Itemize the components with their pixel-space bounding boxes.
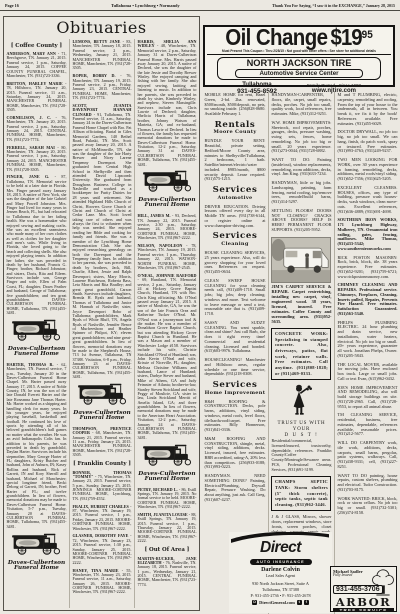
masthead-cities: Tullahoma • Lynchburg • Normandy [111,3,180,8]
classified-ad-text: SASSY AND SUDZY CLEANING. You want spark… [205,320,266,354]
dust-ad-text: Residential/commercial, licensed/insured… [271,438,331,471]
obituary-entry: PETRY, RICHARD L. - 86, Estill Springs, … [137,488,196,510]
section-subtitle: Automotive [205,195,266,201]
auto-insurance-bar: AUTO INSURANCE [250,559,312,565]
classified-ad: BUNDLE YOUR RENT: Beautiful, private set… [205,139,266,182]
classified-ad: H&H ROOFING & CONSTRUCTION. Decks, pole … [205,400,266,433]
tree-icon [371,568,395,598]
county-section-header: [ Franklin County ] [72,461,131,467]
classified-ad: WILL DO CARPENTRY work, tile work, addit… [337,441,397,470]
obituary-entry: BONNER, THOMAS "TOMMY" - 75, Winchester,… [72,471,131,502]
funeral-home-subname: Funeral Home [137,203,196,209]
north-jackson-tire-box: NORTH JACKSON TIRE Automotive Service Ce… [217,57,381,81]
classified-ad-text: HOUSE CLEANING SERVICES, 25 years experi… [205,250,266,274]
classified-ad: TWO MEN LOOKING FOR WORK, over 30 years … [337,158,397,182]
classified-ad: WANT TO DO painting, house repairs, cust… [337,474,397,493]
hearse-icon [11,319,61,341]
section-subtitle: Home Improvement [205,390,266,396]
classified-ad: M and T PLUMBING, electric, carpentry, r… [337,93,397,126]
boxed-ad-text: CHAMPS SEPTIC TANK: Storm shelters (5" t… [275,479,328,507]
obituary-entry: ROPER, BOBBY D. - 76, Manchester, TN. Ja… [72,74,131,100]
obituary-entry: BRITTON, HARLEY MARIE - 78, Hillsboro, T… [7,82,67,113]
boxed-ad-text: CONCRETE WORK: Specializing in stamped c… [275,331,328,376]
classified-ad-text: H&H ROOFING & CONSTRUCTION. Decks, pole … [205,399,266,433]
classified-section-header: Rentals Moore County [205,121,266,136]
obituary-entry: FERRELL, SARAH MAI - 80, Manchester, TN.… [7,146,67,172]
obituary-text: - 88, Estill Springs, TN. January 19, 20… [137,512,196,543]
direct-auto-insurance-ad: Direct AUTO INSURANCE Darlene Colvin Lea… [229,532,332,613]
classified-ad: WORK WANTED: BRICK, block, rock or storm… [337,497,397,516]
obituary-text: - 78, Winchester, TN. January 19, 2015. … [137,243,196,270]
daves-culbertson-funeral-home-ad: Daves-Culbertson Funeral Home [137,170,196,209]
classified-ad: W.W. HOME IMPROVEMENTS: Sheetrock, roof … [271,121,331,154]
obituary-text: - 91, Tullahoma, TN. Funeral service, 11… [72,112,131,380]
obituary-text: - 80, Manchester, TN. January 20, 2015. … [7,145,67,172]
obituaries-column-2: LEMONS, BETTY JANE - 83, Manchester, TN.… [69,39,134,608]
boxed-classified-ad: CHAMPS SEPTIC TANK: Storm shelters (5" t… [271,476,331,511]
page-content: Obituaries [ Coffee County ]ANDERSON, MA… [0,13,400,614]
obituary-text: - 55, Winchester, TN. January 23, 2015. … [72,568,131,595]
obituaries-title: Obituaries [4,18,199,37]
funeral-home-subname: Funeral Home [72,416,131,422]
obituary-entry: NELSON, NAPOLEON - 78, Winchester, TN. J… [137,244,196,270]
obituary-text: - 76, Manchester, TN. January 19, 2015. … [72,73,131,100]
hearse-icon [142,444,192,466]
classified-section-header: Services Cleaning [205,232,266,247]
county-section-header: [ Coffee County ] [7,43,67,49]
classified-ad-bold: SOUTHERN IRON WORKS, 171 Lynchburg Highw… [337,218,397,251]
obituary-text: - 93, Decherd, TN. January 22, 2015. Fun… [137,213,196,240]
section-title: Services [205,381,266,390]
county-section-header: [ Out Of Area ] [137,547,196,553]
boxed-classified-ad: CONCRETE WORK: Specializing in stamped c… [271,328,331,380]
classified-ad: TM CLEANING SERVICE, residential, busine… [337,413,397,437]
obituary-entry: LEMONS, BETTY JANE - 83, Manchester, TN.… [72,40,131,71]
funeral-home-subname: Funeral Home [7,566,67,572]
hearse-icon [77,383,127,405]
obituary-entry: SMITH, JUANITA LOUISE - 88, Estill Sprin… [137,513,196,544]
obituary-entry: SCOTT, JUANITA DAVENPORT HANNAH CLINARD … [72,104,131,380]
classified-ad: HOUSECLEANING! Manchester and Hillsboro … [205,358,266,377]
classified-ad-text: CLEAN SWEEP HOUSE CLEANING for your clea… [205,278,266,316]
agent-phones: P: 931-455-2736 • F: 931-455-2678 [229,593,332,598]
agent-title: Lead Sales Agent [229,573,332,578]
classified-ad: SETTLING FLOORS! DOORS NOT CLOSING? CRAC… [271,209,331,233]
classified-ad: HOUSE CLEANING SERVICES, 25 years experi… [205,251,266,275]
classified-section-header: Services Home Improvement [205,381,266,396]
classified-ad-text: M and T PLUMBING, electric, carpentry, r… [337,92,397,126]
classified-ad-text: CHIMNEY CLEANING AND REPAIRS. Profession… [337,282,397,316]
agent-address-line2: Tullahoma, TN 37388 [229,587,332,592]
oil-ad-price: $1995 [330,27,372,50]
classifieds-area: Oil Change $1995 Must Present This Coupo… [202,13,400,614]
classified-ad-text: W.W. HOME IMPROVEMENTS: Sheetrock, roof … [271,120,331,154]
obituary-text: - 87, Tullahoma, TN. Memorial service to… [7,174,67,315]
obituary-text: - 71, Beechgrove, TN. January 21, 2015. … [7,51,67,78]
obituary-entry: HARTER, THOMAS R. - 62, Manchester, TN. … [7,363,67,529]
classified-ad-text: DOCTOR DRYWALL, no job too big, no job t… [337,129,397,153]
newspaper-page: Page 16 Tullahoma • Lynchburg • Normandy… [0,0,400,614]
obituaries-columns: [ Coffee County ]ANDERSON, MARY ANN - 71… [4,39,199,608]
county-label: [ Coffee County ] [11,43,62,49]
page-number: Page 16 [5,3,19,8]
direct-brand: Direct [229,539,332,557]
classified-ad: EXCELLENT CLEANERS. HOUSES, offices, any… [337,186,397,215]
obituary-entry: FRALIX, HUBERT CHARLES - 87, Winchester,… [72,505,131,531]
facebook-icon: f [304,600,309,605]
county-label: [ Franklin County ] [73,461,131,467]
section-title: Services [205,232,266,241]
direct-logo: Direct [229,532,332,558]
arbor-brand: ARBOR [333,596,394,608]
classified-ad-text: HANDYMAN-CARPENTER, floors, tile, carpet… [271,92,331,116]
classified-ad-text: THE LOCAL MOVER, available for moving jo… [337,362,397,381]
classified-ad: THE LOCAL MOVER, available for moving jo… [337,363,397,382]
classified-ad: HANDYMAN-CARPENTER, floors, tile, carpet… [271,93,331,117]
obituary-entry: ANDERSON, MARY ANN - 71, Beechgrove, TN.… [7,52,67,78]
section-subtitle: Moore County [205,129,266,135]
classified-ad: M&M ROOFING AND CONSTRUCTION, shingle, m… [205,437,266,470]
section-subtitle: Cleaning [205,241,266,247]
classified-ad-text: SETTLING FLOORS! DOORS NOT CLOSING? CRAC… [271,208,331,232]
classified-ad-text: WANT TO DO. Painting (inside/out), windo… [271,157,331,176]
oil-change-coupon-ad: Oil Change $1995 Must Present This Coupo… [203,25,395,87]
classified-ad: DRIVER EDUCATION. Driving lessons offere… [205,205,266,229]
daves-culbertson-funeral-home-ad: Daves-Culbertson Funeral Home [137,444,196,483]
obituary-text: - 76, Manchester, TN. January 20, 2015. … [7,115,67,142]
classified-ad: PHELPS PLUMBING ELECTRIC. 24 hour plumbi… [337,321,397,359]
section-title: Services [205,186,266,195]
obituary-entry: THOMPSON, PRENTICE COOPER - 68, Manchest… [72,427,131,458]
obituary-entry: O'NEAL, JOHNNIE RAEFORD - 69, Huntland, … [137,274,196,440]
classified-ad-text: TWO MEN LOOKING FOR WORK, over 30 years … [337,157,397,181]
county-label: [ Out Of Area ] [145,547,190,553]
classified-ad-text: PHELPS PLUMBING ELECTRIC. 24 hour plumbi… [337,320,397,358]
jims-carpet-service-ad: JIM'S CARPET SERVICE & REPAIR. Carpet re… [271,237,331,324]
oil-ad-title: Oil Change [225,27,327,50]
obituary-text: - 87, Winchester, TN. January 19, 2015. … [72,504,131,531]
funeral-home-subname: Funeral Home [137,477,196,483]
classified-ad-text: DRIVER EDUCATION. Driving lessons offere… [205,204,266,228]
van-photo [271,237,331,283]
van-icon [272,238,330,282]
classified-ad-text: JOE'S HOME IMPROVEMENT AND REMODELING, a… [337,385,397,409]
classified-ad: WANT TO DO. Painting (inside/out), windo… [271,158,331,177]
classified-ad: RICK POSTON MASONRY: Rock, brick, block,… [337,256,397,280]
obituaries-section: Obituaries [ Coffee County ]ANDERSON, MA… [3,16,200,611]
obituary-entry: MARTIN-RUCKER, JANE ELIZABETH - 76, Nash… [137,557,196,588]
obituary-entry: HILL, JAMES M. - 93, Decherd, TN. Januar… [137,214,196,240]
obituary-entry: HARRIS, SHELIA ANN WIDLEY - 48, Winchest… [137,40,196,167]
classified-ad-text: HOUSECLEANING! Manchester and Hillsboro … [205,357,266,376]
direct-website: DirectGeneral.com [259,600,295,605]
classified-ad-text: MOBILE HOME for rent, Hazel Green, 2-bd.… [205,92,266,116]
classified-ad: SASSY AND SUDZY CLEANING. You want spark… [205,321,266,354]
classified-ad-text: RICK POSTON MASONRY: Rock, brick, block,… [337,255,397,279]
obituary-text: - 76, Nashville, TN. January 18, 2015. F… [137,560,196,587]
hearse-icon [11,533,61,555]
store-name: NORTH JACKSON TIRE [218,59,380,68]
classified-ad-text: HANDYMAN, little or big jobs. Landscapin… [271,180,331,204]
masthead: Page 16 Tullahoma • Lynchburg • Normandy… [0,0,400,11]
obituary-text: - 83, Manchester, TN. January 18, 2015. … [72,39,131,70]
obituary-text: - 48, Winchester, TN. Memorial service, … [137,43,196,166]
direct-general-icon: D [252,600,257,605]
obituaries-column-3: HARRIS, SHELIA ANN WIDLEY - 48, Winchest… [134,39,199,608]
obituary-text: - 68, Manchester, TN. January 21, 2015. … [72,430,131,457]
price-dollars: $19 [330,25,361,51]
dust-ad-title: TRUST US WITH YOUR [271,421,331,433]
carpet-ad-text: Carpet restretching, installing new carp… [271,289,331,324]
classified-ad-text: WILL DO CARPENTRY work, tile work, addit… [337,440,397,469]
price-cents: 95 [362,29,373,41]
obituary-text: - 69, Huntland, TN. Memorial service, 2 … [137,277,196,440]
arbor-service-bar: TREE SERVICE [333,608,394,612]
classified-ad-text: BUNDLE YOUR RENT: Beautiful, private set… [205,138,266,181]
arbor-phone: 931-455-3706 [333,585,383,594]
classified-ad-text: WANT TO DO painting, house repairs, cust… [337,473,397,492]
section-title: Rentals [205,121,266,130]
masthead-slogan: Thank You For Saying, “I saw it in the E… [272,3,395,8]
obituaries-column-1: [ Coffee County ]ANDERSON, MARY ANN - 71… [4,39,69,608]
classified-ad-text: HANDYMAN. NEED SOMETHING DONE? Painting,… [205,473,266,502]
oil-ad-headline: Oil Change $1995 [207,27,391,48]
classified-ad: DOCTOR DRYWALL, no job too big, no job t… [337,130,397,154]
classified-ad: HANDYMAN, little or big jobs. Landscapin… [271,181,331,205]
arbor-tree-service-ad: Michael Sadler Fully Insured 931-455-370… [330,566,397,612]
classified-ad: MOBILE HOME for rent, Hazel Green, 2-bd.… [205,93,266,117]
obituary-entry: FINGER, JANE G. - 87, Tullahoma, TN. Mem… [7,175,67,315]
funeral-home-subname: Funeral Home [7,352,67,358]
classified-ad: JOE'S HOME IMPROVEMENT AND REMODELING, a… [337,386,397,410]
classified-ad-bold: CHIMNEY CLEANING AND REPAIRS. Profession… [337,283,397,316]
obituary-entry: HANEY, TINA MARIE - 55, Winchester, TN. … [72,569,131,595]
classified-ad: CLEAN SWEEP HOUSE CLEANING for your clea… [205,279,266,317]
classified-ad-text: TM CLEANING SERVICE, residential, busine… [337,412,397,436]
obituary-entry: CORNELISON, J. C. - 76, Manchester, TN. … [7,116,67,142]
pcs-cleaning-services-ad: TRUST US WITH YOUR D U S T ! Residential… [271,384,331,472]
obituary-entry: GLASNER, DOROTHY FAYE - 72, Winchester, … [72,534,131,565]
classified-ad: HANDYMAN. NEED SOMETHING DONE? Painting,… [205,474,266,503]
classifieds-column-3: M and T PLUMBING, electric, carpentry, r… [334,92,400,614]
classified-section-header: Services Automotive [205,186,266,201]
twitter-icon: t [297,600,302,605]
maid-silhouette-icon [288,384,314,416]
daves-culbertson-funeral-home-ad: Daves-Culbertson Funeral Home [7,319,67,358]
hearse-icon [142,170,192,192]
classified-ad-text: WORK WANTED: BRICK, block, rock or storm… [337,496,397,515]
classified-ad-text: M&M ROOFING AND CONSTRUCTION, shingle, m… [205,436,266,470]
store-subtitle: Automotive Service Center [235,69,363,78]
obituary-text: - 72, Winchester, TN. January 23, 2015. … [72,533,131,564]
obituary-text: - 78, Hillsboro, TN. January 20, 2015. F… [7,81,67,112]
daves-culbertson-funeral-home-ad: Daves-Culbertson Funeral Home [72,383,131,422]
classified-ad-text: SOUTHERN IRON WORKS, 171 Lynchburg Highw… [337,217,397,251]
obituary-text: - 75, Winchester, TN. January 23, 2015. … [72,474,131,501]
direct-web-row: D DirectGeneral.com t f [229,600,332,605]
daves-culbertson-funeral-home-ad: Daves-Culbertson Funeral Home [7,533,67,572]
classified-ad-text: EXCELLENT CLEANERS. HOUSES, offices, any… [337,185,397,214]
obituary-text: - 62, Manchester, TN. Funeral service, 7… [7,362,67,529]
